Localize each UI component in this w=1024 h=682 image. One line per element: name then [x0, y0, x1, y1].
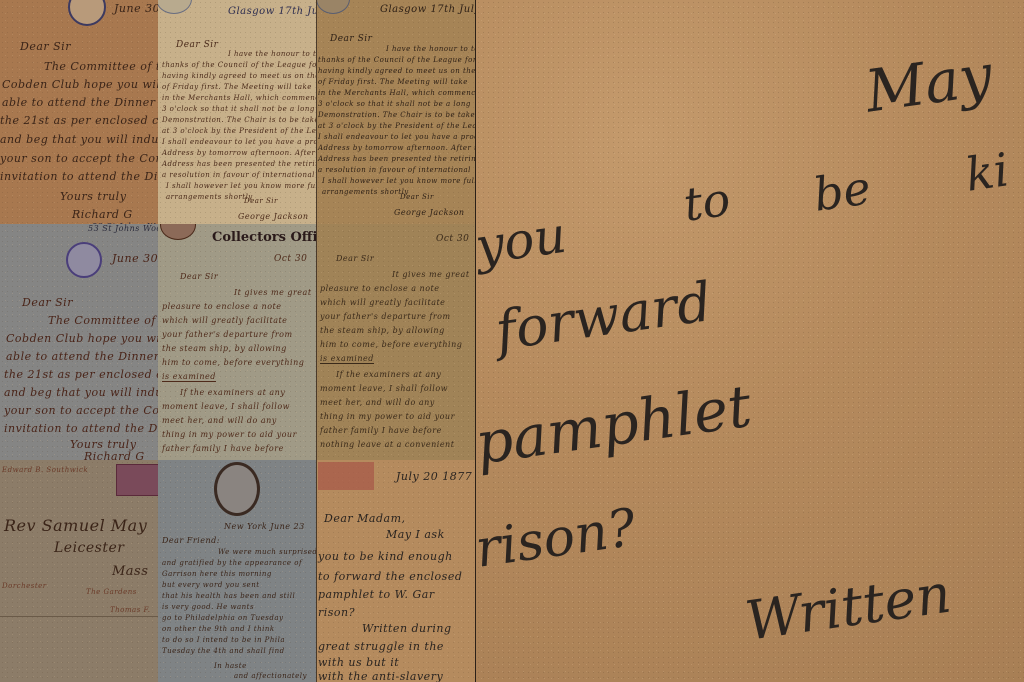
letter-line: I have the honour to tender you: [386, 45, 476, 53]
letter-signature: George Jackson: [394, 208, 465, 217]
letter-line: meet her, and will do any: [320, 398, 435, 407]
letter-line: nothing leave at a convenient: [320, 440, 454, 449]
letter-line: on other the 9th and I think: [162, 625, 275, 633]
letterhead-engraving-icon: [318, 462, 374, 490]
letter-line: is very good. He wants: [162, 603, 254, 611]
letter-line: you to be kind enough: [318, 550, 453, 563]
letter-line: of Friday first. The Meeting will take: [318, 78, 468, 86]
letter-date: Glasgow 17th July: [228, 6, 316, 17]
letter-line: with the anti-slavery: [318, 670, 443, 682]
letter-date: June 30: [114, 2, 158, 15]
envelope-note: The Gardens: [86, 588, 137, 596]
letter-line: Cobden Club hope you will: [2, 78, 158, 91]
letter-line: him to come, before everything: [162, 358, 304, 367]
letter-greeting: Dear Sir: [336, 254, 374, 263]
letter-line: Written during: [362, 622, 452, 635]
letter-line: is examined: [320, 354, 374, 364]
letter-line: that his health has been and still: [162, 592, 295, 600]
letter-line: Demonstration. The Chair is to be taken: [162, 116, 316, 124]
letter-line: Address has been presented the retiring: [318, 155, 476, 163]
letter-line: It gives me great: [234, 288, 312, 297]
letter-greeting: Dear Sir: [330, 34, 372, 44]
letter-line: The Committee of the: [44, 60, 158, 73]
letter-line: Tuesday the 4th and shall find: [162, 647, 285, 655]
letter-line: I shall however let you know more fully: [166, 182, 316, 190]
letter-tile-collectors-office: Collectors Office, Oct 30 Dear Sir It gi…: [158, 224, 316, 460]
handwritten-word: ki: [962, 142, 1012, 201]
letter-line: your father's departure from: [320, 312, 451, 321]
letter-line: I shall endeavour to let you have a proo…: [318, 133, 476, 141]
letter-line: pleasure to enclose a note: [162, 302, 281, 311]
letter-line: thanks of the Council of the League for …: [162, 61, 316, 69]
postage-stamp-icon: [116, 464, 158, 496]
letter-line: Address by tomorrow afternoon. After the: [318, 144, 476, 152]
letter-line: rison?: [318, 606, 355, 619]
letter-line: It gives me great: [392, 270, 470, 279]
letter-greeting: Dear Friend:: [162, 536, 220, 545]
letter-line: thanks of the Council of the League for …: [318, 56, 476, 64]
letter-line: great struggle in the: [318, 640, 444, 653]
letter-line: your son to accept the Committe: [0, 152, 158, 165]
letter-line: to do so I intend to be in Phila: [162, 636, 285, 644]
letter-greeting: Dear Sir: [20, 40, 71, 53]
letter-line: I have the honour to tender you: [228, 50, 316, 58]
letter-line: at 3 o'clock by the President of the Lea…: [162, 127, 316, 135]
paper-edge: [0, 616, 158, 617]
letter-greeting: Dear Sir: [180, 272, 218, 281]
envelope-note: Dorchester: [2, 582, 47, 590]
letter-tile-collectors-office-2: Oct 30 Dear Sir It gives me great pleasu…: [316, 224, 476, 460]
letterhead-collectors-office: Collectors Office,: [212, 230, 316, 245]
letter-date: Oct 30: [274, 254, 307, 264]
letter-line: able to attend the Dinner: [6, 350, 158, 363]
letter-line: Cobden Club hope you will: [6, 332, 158, 345]
handwritten-word: to: [680, 172, 733, 232]
letter-line: at 3 o'clock by the President of the Lea…: [318, 122, 476, 130]
letter-line: having kindly agreed to meet us on the: [318, 67, 476, 75]
letter-line: arrangements shortly: [166, 193, 253, 201]
letter-line: a resolution in favour of international: [318, 166, 471, 174]
letter-signature: and affectionately: [234, 672, 307, 680]
letter-line: May I ask: [386, 528, 445, 541]
letter-line: pleasure to enclose a note: [320, 284, 439, 293]
letter-closing: Dear Sir: [244, 197, 278, 205]
letter-line: arrangements shortly: [322, 188, 409, 196]
letter-date: Glasgow 17th July: [380, 4, 476, 15]
letter-date: June 30: [112, 252, 158, 265]
letter-line: the steam ship, by allowing: [320, 326, 445, 335]
envelope-state: Mass: [112, 564, 148, 579]
letter-tile-cobden-club-1: June 30 Dear Sir The Committee of the Co…: [0, 0, 158, 224]
letter-line: go to Philadelphia on Tuesday: [162, 614, 284, 622]
letter-closing: In haste: [214, 662, 247, 670]
letter-line: moment leave, I shall follow: [162, 402, 290, 411]
letter-tile-cobden-club-2: 53 St Johns Wood June 30 Dear Sir The Co…: [0, 224, 158, 460]
letter-line: but every word you sent: [162, 581, 260, 589]
letter-line: pamphlet to W. Gar: [318, 588, 435, 601]
letter-line: father family I have before: [162, 444, 284, 453]
letter-line: the steam ship, by allowing: [162, 344, 287, 353]
letter-greeting: Dear Sir: [176, 40, 218, 50]
letter-address: 53 St Johns Wood: [88, 224, 158, 233]
letter-line: thing in my power to aid your: [162, 430, 297, 439]
envelope-tile-rev-samuel-may: Edward B. Southwick Rev Samuel May Leice…: [0, 460, 158, 682]
letter-line: and beg that you will induce: [0, 133, 158, 146]
letter-line: I shall however let you know more fully: [322, 177, 476, 185]
letter-line: with us but it: [318, 656, 399, 669]
letter-line: Address has been presented the retiring: [162, 160, 316, 168]
letter-signature: George Jackson: [238, 212, 309, 221]
letter-line: If the examiners at any: [180, 388, 285, 397]
letter-line: The Committee of the: [48, 314, 158, 327]
letter-line: Address by tomorrow afternoon. After the: [162, 149, 316, 157]
letter-line: If the examiners at any: [336, 370, 441, 379]
envelope-note: Edward B. Southwick: [2, 466, 88, 474]
letter-date: Oct 30: [436, 234, 469, 244]
letter-line: in the Merchants Hall, which commences: [318, 89, 476, 97]
club-seal-icon: [66, 242, 102, 278]
letter-line: is examined: [162, 372, 216, 382]
letter-line: We were much surprised: [218, 548, 316, 556]
letter-detail-closeup: May you to be ki forward pamphlet rison?…: [476, 0, 1024, 682]
letter-tile-glasgow-2: Glasgow 17th July Dear Sir I have the ho…: [316, 0, 476, 224]
letter-line: I shall endeavour to let you have a proo…: [162, 138, 316, 146]
letter-line: and gratified by the appearance of: [162, 559, 302, 567]
column-divider: [316, 0, 317, 682]
letter-greeting: Dear Madam,: [324, 512, 406, 525]
letter-line: which will greatly facilitate: [320, 298, 445, 307]
letter-line: your son to accept the Committe: [4, 404, 158, 417]
letter-line: and beg that you will induce: [4, 386, 158, 399]
letter-date: July 20 1877: [396, 470, 472, 483]
letter-line: 3 o'clock so that it shall not be a long: [318, 100, 471, 108]
letter-line: which will greatly facilitate: [162, 316, 287, 325]
letter-tile-new-york: New York June 23 Dear Friend: We were mu…: [158, 460, 316, 682]
letter-line: 3 o'clock so that it shall not be a long: [162, 105, 315, 113]
letter-greeting: Dear Sir: [22, 296, 73, 309]
letter-line: the 21st as per enclosed circu: [0, 114, 158, 127]
letter-line: Demonstration. The Chair is to be taken: [318, 111, 476, 119]
letter-line: having kindly agreed to meet us on the: [162, 72, 316, 80]
letter-tile-dear-madam: July 20 1877 Dear Madam, May I ask you t…: [316, 460, 476, 682]
letter-line: a resolution in favour of international: [162, 171, 315, 179]
letter-line: father family I have before: [320, 426, 442, 435]
letter-closing: Yours truly: [60, 190, 126, 203]
handwritten-word: be: [810, 160, 874, 221]
letter-line: of Friday first. The Meeting will take: [162, 83, 312, 91]
envelope-note: Thomas F.: [110, 606, 151, 614]
envelope-city: Leicester: [54, 540, 124, 556]
letter-line: in the Merchants Hall, which commences: [162, 94, 316, 102]
letter-signature: Richard G: [72, 208, 133, 221]
letter-line: thing in my power to aid your: [320, 412, 455, 421]
envelope-addressee: Rev Samuel May: [4, 516, 147, 535]
letter-line: invitation to attend the Dinner: [0, 170, 158, 183]
letter-line: your father's departure from: [162, 330, 293, 339]
letter-line: able to attend the Dinner: [2, 96, 155, 109]
letter-closing: Dear Sir: [400, 193, 434, 201]
letter-line: moment leave, I shall follow: [320, 384, 448, 393]
portrait-vignette-icon: [214, 462, 260, 516]
letter-date: New York June 23: [224, 522, 305, 531]
letter-line: the 21st as per enclosed circu: [4, 368, 158, 381]
letter-line: him to come, before everything: [320, 340, 462, 349]
letter-tile-glasgow-1: Glasgow 17th July Dear Sir I have the ho…: [158, 0, 316, 224]
letter-line: meet her, and will do any: [162, 416, 277, 425]
letter-line: Garrison here this morning: [162, 570, 272, 578]
letter-line: to forward the enclosed: [318, 570, 462, 583]
letter-line: invitation to attend the Dinner: [4, 422, 158, 435]
letter-signature: Richard G: [84, 450, 145, 460]
